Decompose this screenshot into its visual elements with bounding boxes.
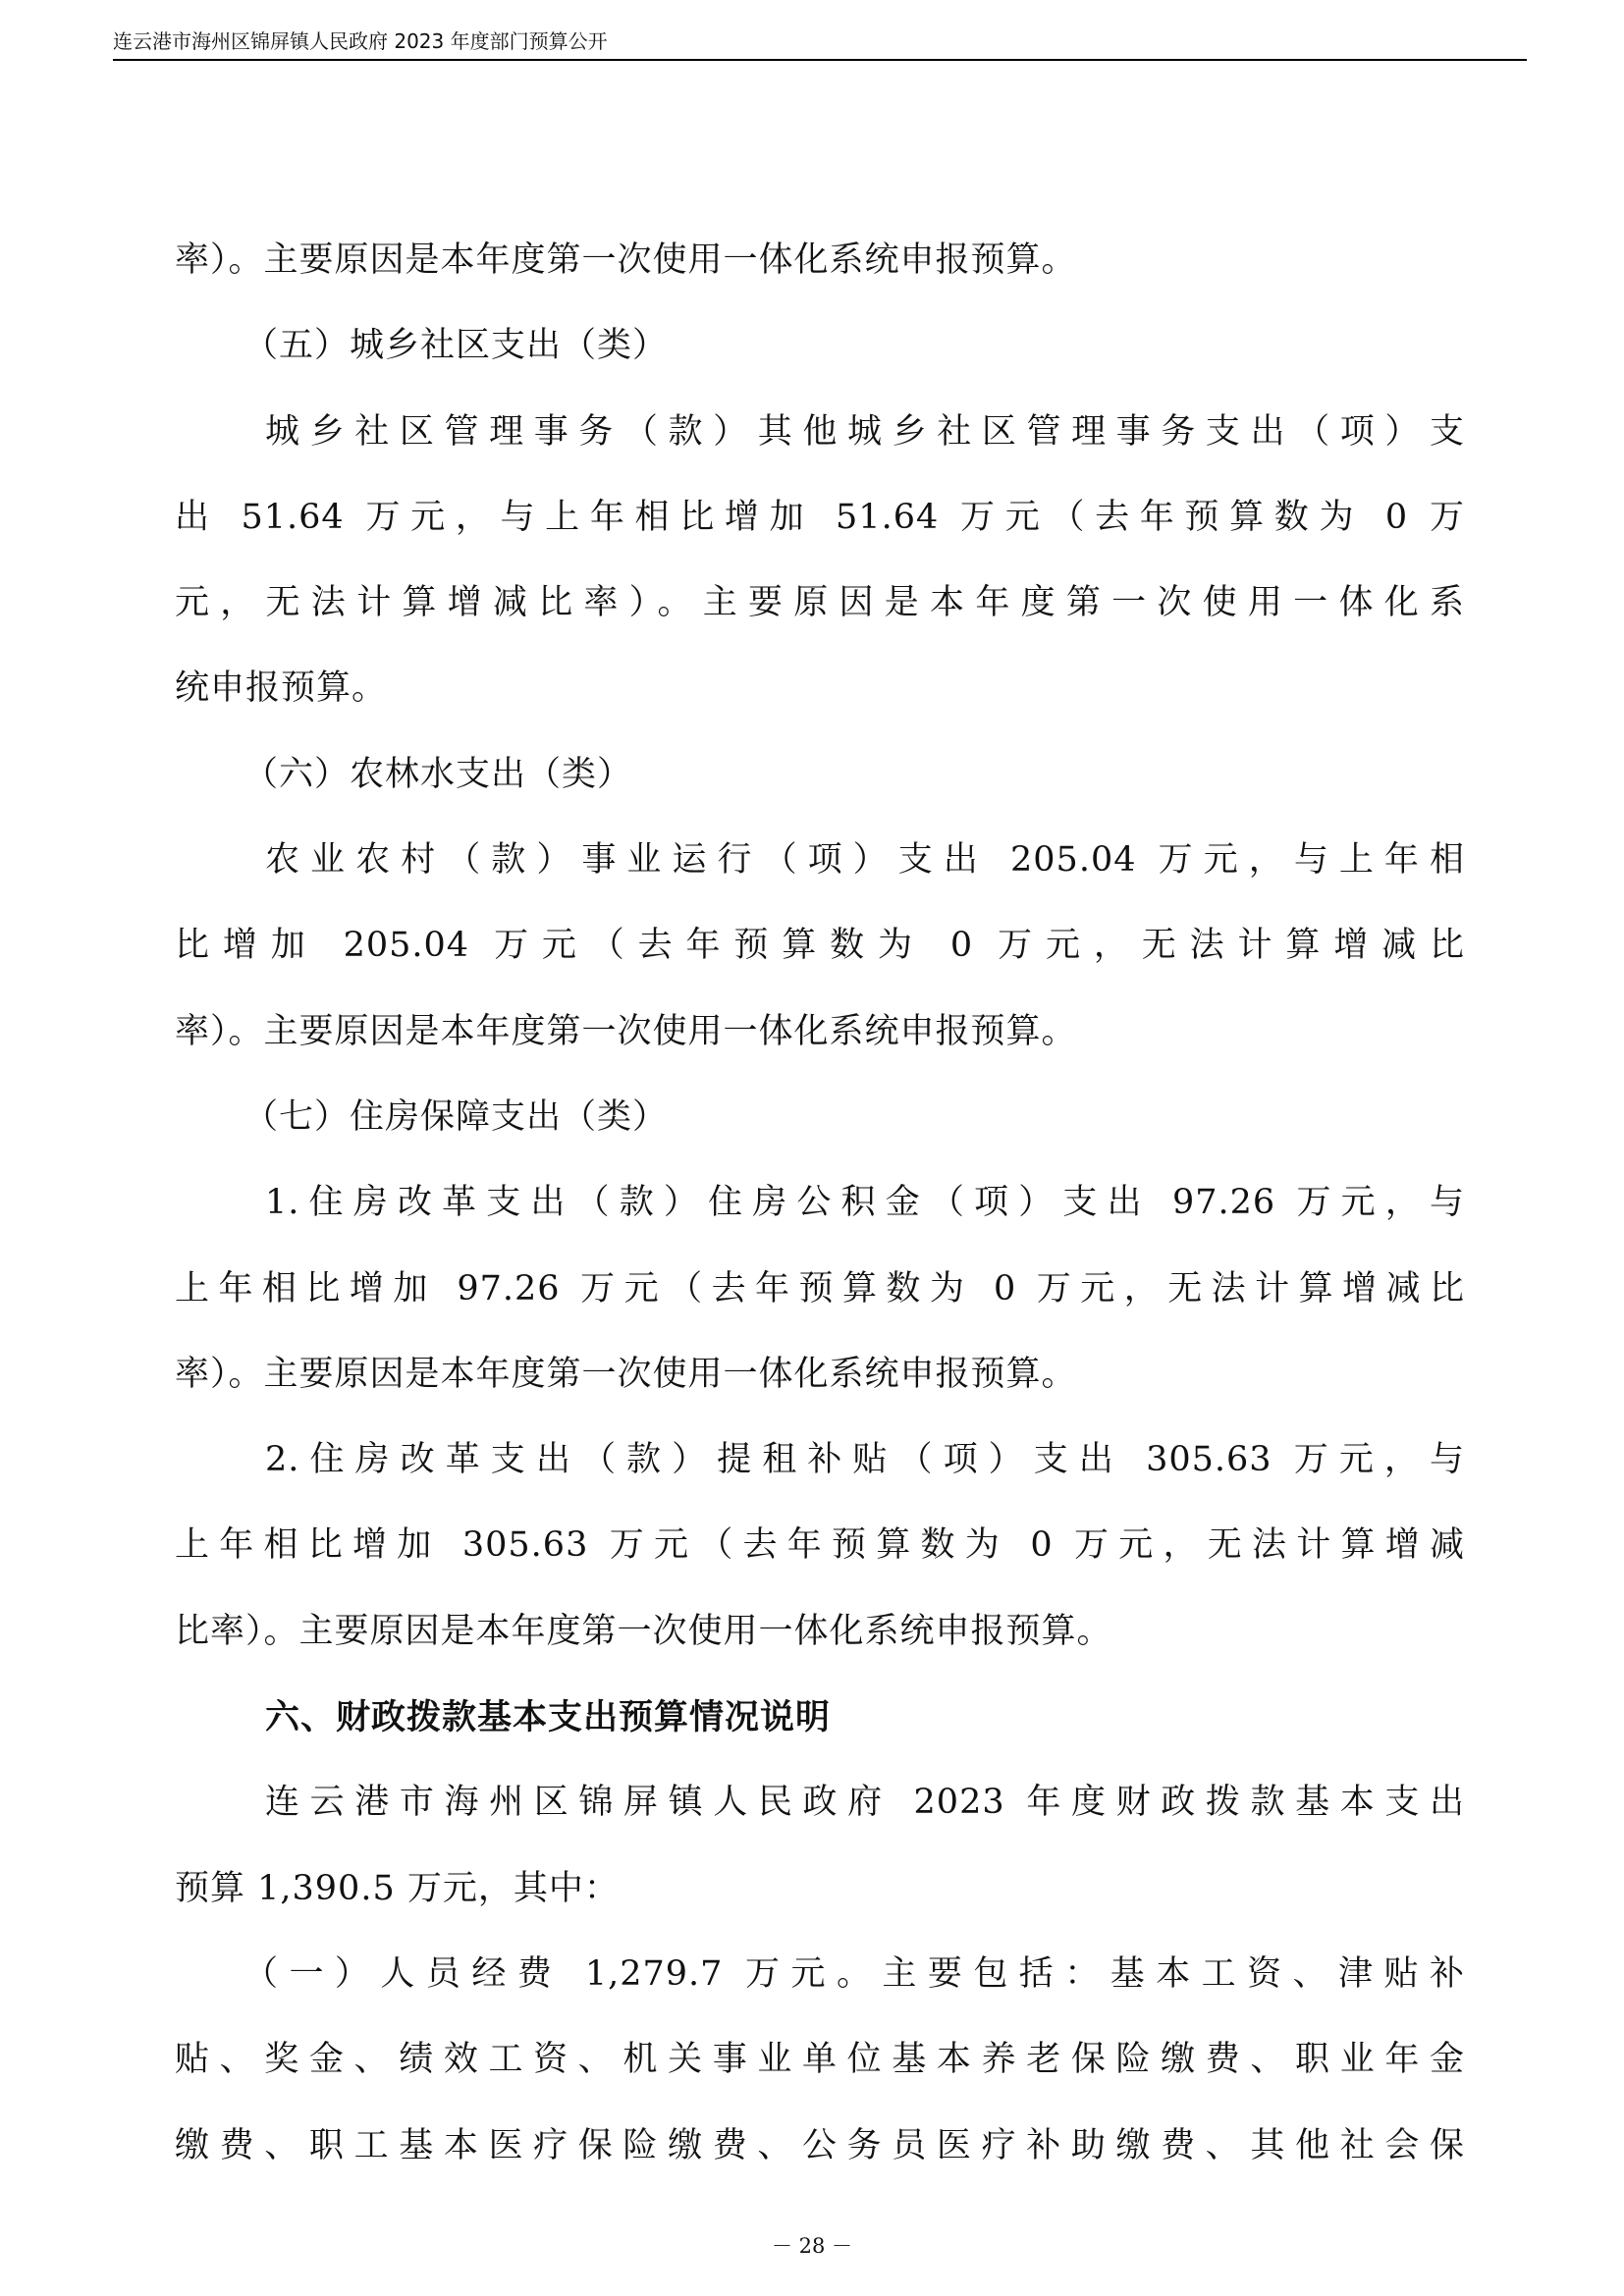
paragraph-line: 连云港市海州区锦屏镇人民政府 2023 年度财政拨款基本支出	[175, 1760, 1465, 1845]
section-heading-5: （五）城乡社区支出（类）	[175, 303, 1465, 389]
paragraph-line: 统申报预算。	[175, 646, 1465, 731]
paragraph-line: 上年相比增加 97.26 万元（去年预算数为 0 万元，无法计算增减比	[175, 1247, 1465, 1332]
paragraph-line: 农业农村（款）事业运行（项）支出 205.04 万元，与上年相	[175, 818, 1465, 903]
paragraph-line: 贴、奖金、绩效工资、机关事业单位基本养老保险缴费、职业年金	[175, 2017, 1465, 2103]
paragraph-line: 元，无法计算增减比率）。主要原因是本年度第一次使用一体化系	[175, 561, 1465, 646]
header-title: 连云港市海州区锦屏镇人民政府 2023 年度部门预算公开	[113, 26, 608, 54]
section-heading-7: （七）住房保障支出（类）	[175, 1075, 1465, 1160]
section-heading-6: （六）农林水支出（类）	[175, 732, 1465, 818]
paragraph-line: 2.住房改革支出（款）提租补贴（项）支出 305.63 万元，与	[175, 1417, 1465, 1503]
paragraph-line: 比增加 205.04 万元（去年预算数为 0 万元，无法计算增减比	[175, 903, 1465, 988]
paragraph-line: 出 51.64 万元，与上年相比增加 51.64 万元（去年预算数为 0 万	[175, 475, 1465, 561]
paragraph-line: 比率）。主要原因是本年度第一次使用一体化系统申报预算。	[175, 1589, 1465, 1675]
page-header: 连云港市海州区锦屏镇人民政府 2023 年度部门预算公开	[113, 22, 1527, 61]
paragraph-line: 率）。主要原因是本年度第一次使用一体化系统申报预算。	[175, 989, 1465, 1075]
paragraph-line: 上年相比增加 305.63 万元（去年预算数为 0 万元，无法计算增减	[175, 1503, 1465, 1588]
paragraph-line: 1.住房改革支出（款）住房公积金（项）支出 97.26 万元，与	[175, 1160, 1465, 1246]
paragraph-line: 预算 1,390.5 万元，其中：	[175, 1846, 1465, 1932]
paragraph-line: 缴费、职工基本医疗保险缴费、公务员医疗补助缴费、其他社会保	[175, 2104, 1465, 2189]
chapter-heading-6: 六、财政拨款基本支出预算情况说明	[175, 1675, 1465, 1760]
page-number: － 28 －	[0, 2230, 1624, 2260]
paragraph-line: 率）。主要原因是本年度第一次使用一体化系统申报预算。	[175, 218, 1465, 303]
paragraph-line: 城乡社区管理事务（款）其他城乡社区管理事务支出（项）支	[175, 390, 1465, 475]
paragraph-line: 率）。主要原因是本年度第一次使用一体化系统申报预算。	[175, 1332, 1465, 1417]
paragraph-line: （一）人员经费 1,279.7 万元。主要包括：基本工资、津贴补	[175, 1932, 1465, 2017]
document-body: 率）。主要原因是本年度第一次使用一体化系统申报预算。 （五）城乡社区支出（类） …	[175, 218, 1465, 2189]
